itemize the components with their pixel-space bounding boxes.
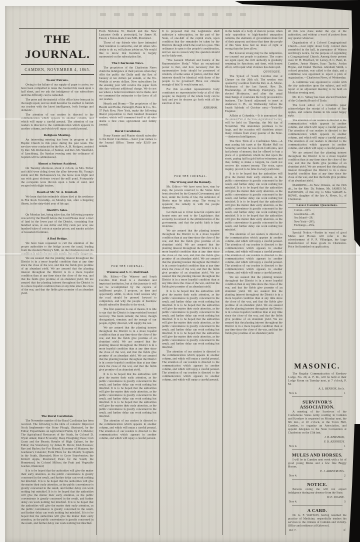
paragraph: We are assured that the planting interes…: [99, 327, 157, 373]
paragraph: We learn that this estimable citizen die…: [21, 196, 94, 207]
ad-date: Nov 4.: [289, 501, 297, 504]
paragraph: Organization of a Colored Congregational…: [288, 42, 347, 81]
column-3-top: It is proposed that the Legislature shal…: [160, 29, 222, 171]
paragraph: The proprietors of the Charleston News c…: [99, 67, 157, 102]
masthead-dateline: CAMDEN, NOVEMBER 4, 1865.: [21, 65, 94, 75]
paragraph: On Monday last, being sales day, the fol…: [21, 214, 94, 235]
ad-date-line: Nov 4.3: [289, 501, 346, 504]
signature: E. J. ARMSTRONG.: [288, 470, 345, 473]
article-heading: Almost a Serious Accident.: [21, 162, 94, 166]
signature: W. E. DOANE.: [288, 496, 345, 499]
divider-rule: [292, 505, 343, 506]
paragraph: The Regular Communication of Kershaw Lod…: [288, 373, 347, 387]
divider-rule: [292, 397, 343, 398]
article-heading: Rural Carolinian.: [99, 130, 157, 134]
column-4-body: in the hands of a body of men in power, …: [223, 29, 285, 535]
masthead-title: THE JOURNAL.: [21, 30, 94, 65]
paragraph: We are assured that the planting interes…: [162, 230, 220, 290]
paragraph: We are assured that the planting interes…: [225, 276, 283, 336]
paragraph: The press and the material of the office…: [21, 99, 94, 113]
ad-date: Oct 7.: [289, 529, 296, 532]
paragraph: Dr. G. F. WATSON, having resumed the pra…: [288, 514, 347, 528]
article-heading: Religious Meeting.: [21, 134, 94, 138]
column-1-top: To our Patrons.Owing to the failure of o…: [19, 75, 96, 411]
paragraph: I will be in Camden next week with a lot…: [288, 459, 347, 470]
quotations-heading: Latest Camden Quotations.: [288, 203, 347, 208]
ad-date-line: Oct 7.tf: [289, 529, 346, 532]
paragraph: The New Trick of a Confidence Man.—A man…: [225, 140, 283, 172]
paragraph: An interesting meeting has been in progr…: [21, 139, 94, 160]
signature: J. B. KERSHAW,: [288, 436, 345, 439]
ad-date-line: Nov 4.1: [289, 445, 346, 448]
ad-date: Nov 4.: [289, 445, 297, 448]
journal-credit-line: FOR THE JOURNAL.: [99, 265, 157, 268]
article-heading: A Bad Bridge.: [21, 237, 94, 241]
ad-heading: MASONIC.: [288, 363, 347, 372]
paragraph: The attention of our readers is directed…: [225, 233, 283, 275]
signature: F. D. KENNEDY.: [288, 441, 345, 444]
article-heading: The Rural Carolinian.: [21, 415, 94, 419]
paragraph: It is to be hoped that the authorities w…: [21, 470, 94, 526]
ad-date: Nov 4.: [289, 475, 297, 478]
paragraph: We are assured that the planting interes…: [288, 152, 347, 184]
ad-date-line: Nov 4.1: [289, 392, 346, 395]
paragraph: On Tuesday afternoon, about 4 o'clock, a…: [21, 167, 94, 188]
article-heading: Wateree and S. C. Rail Road.: [99, 271, 157, 275]
article-heading: The Charleston News.: [99, 62, 157, 66]
ad-insertion-count: 2: [344, 475, 346, 478]
paragraph-continuation: From Nicholas W. Darrell and the New Lan…: [99, 30, 157, 41]
column-5: all this was done under the eye of the a…: [285, 29, 349, 535]
column-1-bottom: The Rural Carolinian.The November number…: [19, 411, 96, 535]
masthead-block: THE JOURNAL. CAMDEN, NOVEMBER 4, 1865.: [19, 29, 96, 75]
signature: KERSHAW.: [162, 107, 218, 110]
divider-rule: [292, 229, 343, 230]
paragraph: The attention of our readers is directed…: [162, 351, 220, 383]
paragraph: For this so-called representative body c…: [162, 88, 220, 106]
paragraph: Persons owing me will not expect indulge…: [288, 488, 347, 495]
column-3-bottom: FOR THE JOURNAL.The Wrong and the Remedy…: [160, 171, 222, 535]
column-5-news: all this was done under the eye of the a…: [286, 29, 349, 359]
article-heading: The Wrong and the Remedy.: [162, 181, 220, 185]
article-heading: To our Patrons.: [21, 79, 94, 83]
ad-insertion-count: 1: [344, 445, 346, 448]
column-2-top: From Nicholas W. Darrell and the New Lan…: [97, 29, 159, 261]
divider-rule: [292, 479, 343, 480]
paragraph: Hearth and Home.—The proprietors of the …: [99, 103, 157, 128]
paragraph: Owing to the failure of our supply of pa…: [21, 84, 94, 98]
ad-heading: A CARD.: [288, 508, 347, 513]
ad-insertion-count: tf: [344, 529, 346, 532]
paragraph: Special Notice.—Parties in want of good …: [288, 231, 347, 249]
paragraph: Mr. Editor:—The Wateree and South Caroli…: [99, 276, 157, 308]
column-2-bottom: FOR THE JOURNAL.Wateree and S. C. Rail R…: [97, 261, 159, 535]
paragraph: We have been requested to call the atten…: [21, 242, 94, 256]
paragraph-continuation: all this was done under the eye of the a…: [288, 30, 347, 41]
paragraph: The attention of our readers is directed…: [21, 114, 94, 132]
article-heading: Death of Mr. W. A. Kimball.: [21, 191, 94, 195]
paragraph: Affairs at Columbia.—It is announced tha…: [225, 115, 283, 140]
signature: QUOUSQUE.: [225, 71, 281, 74]
scan-smudge: [100, 13, 250, 16]
ad-heading: NOTICE.: [288, 482, 347, 487]
paragraph: A committee was appointed to confer with…: [288, 81, 347, 95]
column-1: THE JOURNAL. CAMDEN, NOVEMBER 4, 1865. T…: [19, 29, 96, 535]
paragraph: MARRIED.—In New Orleans, on the 19th ult…: [288, 184, 347, 202]
paragraph: Mr. R. C. Sidney has been elected Presid…: [288, 96, 347, 103]
newspaper-columns: THE JOURNAL. CAMDEN, NOVEMBER 4, 1865. T…: [19, 28, 349, 535]
paragraph: It is to be hoped that the authorities w…: [99, 373, 157, 419]
article-heading: Sheriff's Sales.: [21, 209, 94, 213]
paragraph: We are assured that the planting interes…: [21, 257, 94, 296]
journal-credit-line: FOR THE JOURNAL.: [162, 175, 220, 178]
paragraph: The November number of the Rural Carolin…: [21, 420, 94, 469]
paragraph: Mr. Editor:—We have seen how, step by st…: [162, 186, 220, 211]
paragraph: The attention of our readers is directed…: [99, 420, 157, 441]
signature: A. L. BENSON, Sec'y.: [288, 388, 345, 391]
paragraph: The first question is one of means. It i…: [99, 308, 157, 326]
paragraph: Every Farmer and Planter should subscrib…: [99, 135, 157, 149]
column-3: It is proposed that the Legislature shal…: [159, 29, 222, 535]
paragraph: The local editor of a Columbia paper ack…: [288, 104, 347, 118]
quotation-line: Exchange—29¾.: [288, 224, 347, 228]
paragraph: The attention of our readers is directed…: [288, 119, 347, 151]
paragraph: A meeting of the Survivors of the Confed…: [288, 411, 347, 436]
paragraph: The Synod of South Carolina met at Chera…: [225, 75, 283, 114]
ad-date-line: Nov 4.2: [289, 475, 346, 478]
paragraph: It is to be hoped that the authorities w…: [225, 173, 283, 233]
divider-rule: [292, 450, 343, 451]
ad-insertion-count: 1: [344, 392, 346, 395]
paragraph: "The General Wisdom and Justice of the R…: [162, 59, 220, 87]
ad-heading: SURVIVOR'S ASSOCIATION.: [288, 400, 347, 410]
paragraph: It is to be hoped that the authorities w…: [162, 290, 220, 350]
ad-date: Nov 4.: [289, 392, 297, 395]
paragraph: Those of our friends who have intimated …: [99, 42, 157, 60]
newspaper-sheet: THE JOURNAL. CAMDEN, NOVEMBER 4, 1865. T…: [5, 6, 356, 542]
column-4: in the hands of a body of men in power, …: [222, 29, 285, 535]
paragraph: But however strong may be the temptation…: [225, 52, 283, 70]
paragraph-continuation: in the hands of a body of men in power, …: [225, 30, 283, 51]
column-5-ads: MASONIC.The Regular Communication of Ker…: [286, 359, 349, 535]
paragraph: Let them see to it that none but capable…: [162, 211, 220, 229]
column-2: From Nicholas W. Darrell and the New Lan…: [96, 29, 159, 535]
ad-heading: MULES AND HORSES.: [288, 453, 347, 458]
paragraph-continuation: It is proposed that the Legislature shal…: [162, 30, 220, 58]
ad-insertion-count: 3: [344, 501, 346, 504]
